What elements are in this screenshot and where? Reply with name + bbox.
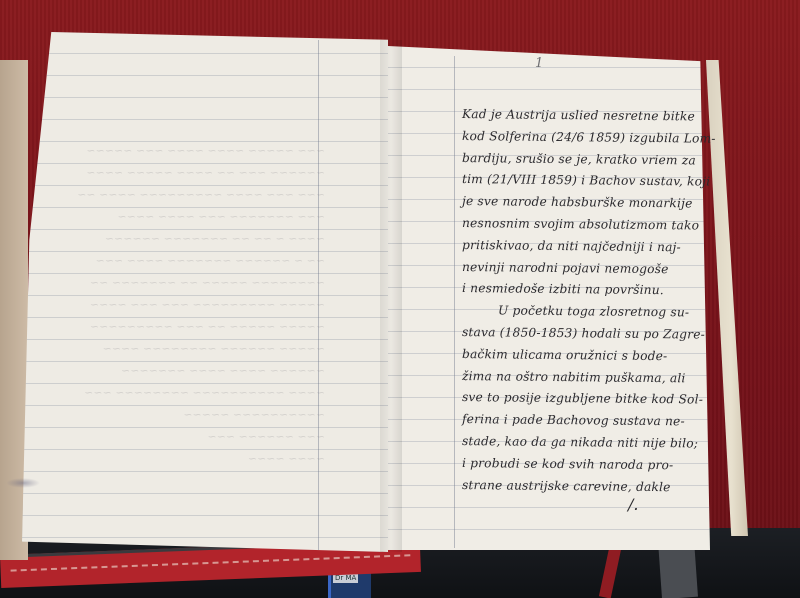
- binding-stitching: [11, 554, 411, 571]
- right-page-margin-line: [454, 56, 455, 548]
- text-line: žima na oštro nabitim puškama, ali: [462, 366, 712, 390]
- handwritten-text: Kad je Austrija uslied nesretne bitke ko…: [462, 104, 712, 496]
- text-line: pritiskivao, da niti najčedniji i naj-: [462, 235, 712, 259]
- text-line: je sve narode habsburške monarkije: [462, 191, 712, 215]
- text-line: stava (1850-1853) hodali su po Zagre-: [462, 322, 712, 346]
- text-line: U početku toga zlosretnog su-: [462, 300, 712, 324]
- text-line: nesnosnim svojim absolutizmom tako: [462, 213, 712, 237]
- text-line: i probudi se kod svih naroda pro-: [462, 453, 712, 477]
- ink-smudge: [6, 478, 40, 488]
- text-line: ferina i pade Bachovog sustava ne-: [462, 409, 712, 433]
- page-number: 1: [535, 56, 543, 71]
- text-line: strane austrijske carevine, dakle: [462, 475, 712, 499]
- section-end-mark: /.: [628, 495, 638, 514]
- text-line: kod Solferina (24/6 1859) izgubila Lom-: [462, 126, 712, 150]
- text-line: stade, kao da ga nikada niti nije bilo;: [462, 431, 712, 455]
- text-line: tim (21/VIII 1859) i Bachov sustav, koji: [462, 169, 712, 193]
- text-line: bačkim ulicama oružnici s bode-: [462, 344, 712, 368]
- notebook-gutter: [380, 40, 402, 552]
- text-line: sve to posije izgubljene bitke kod Sol-: [462, 387, 712, 411]
- text-line: bardiju, srušio se je, kratko vriem za: [462, 148, 712, 172]
- text-line: nevinji narodni pojavi nemogoše: [462, 257, 712, 281]
- bleed-through-text: ~~~ ~~~~~ ~~~~ ~~~~ ~~~ ~~~~~ ~~~~~~ ~~~…: [55, 140, 325, 470]
- text-line: Kad je Austrija uslied nesretne bitke: [462, 104, 712, 128]
- text-line: i nesmiedoše izbiti na površinu.: [462, 278, 712, 302]
